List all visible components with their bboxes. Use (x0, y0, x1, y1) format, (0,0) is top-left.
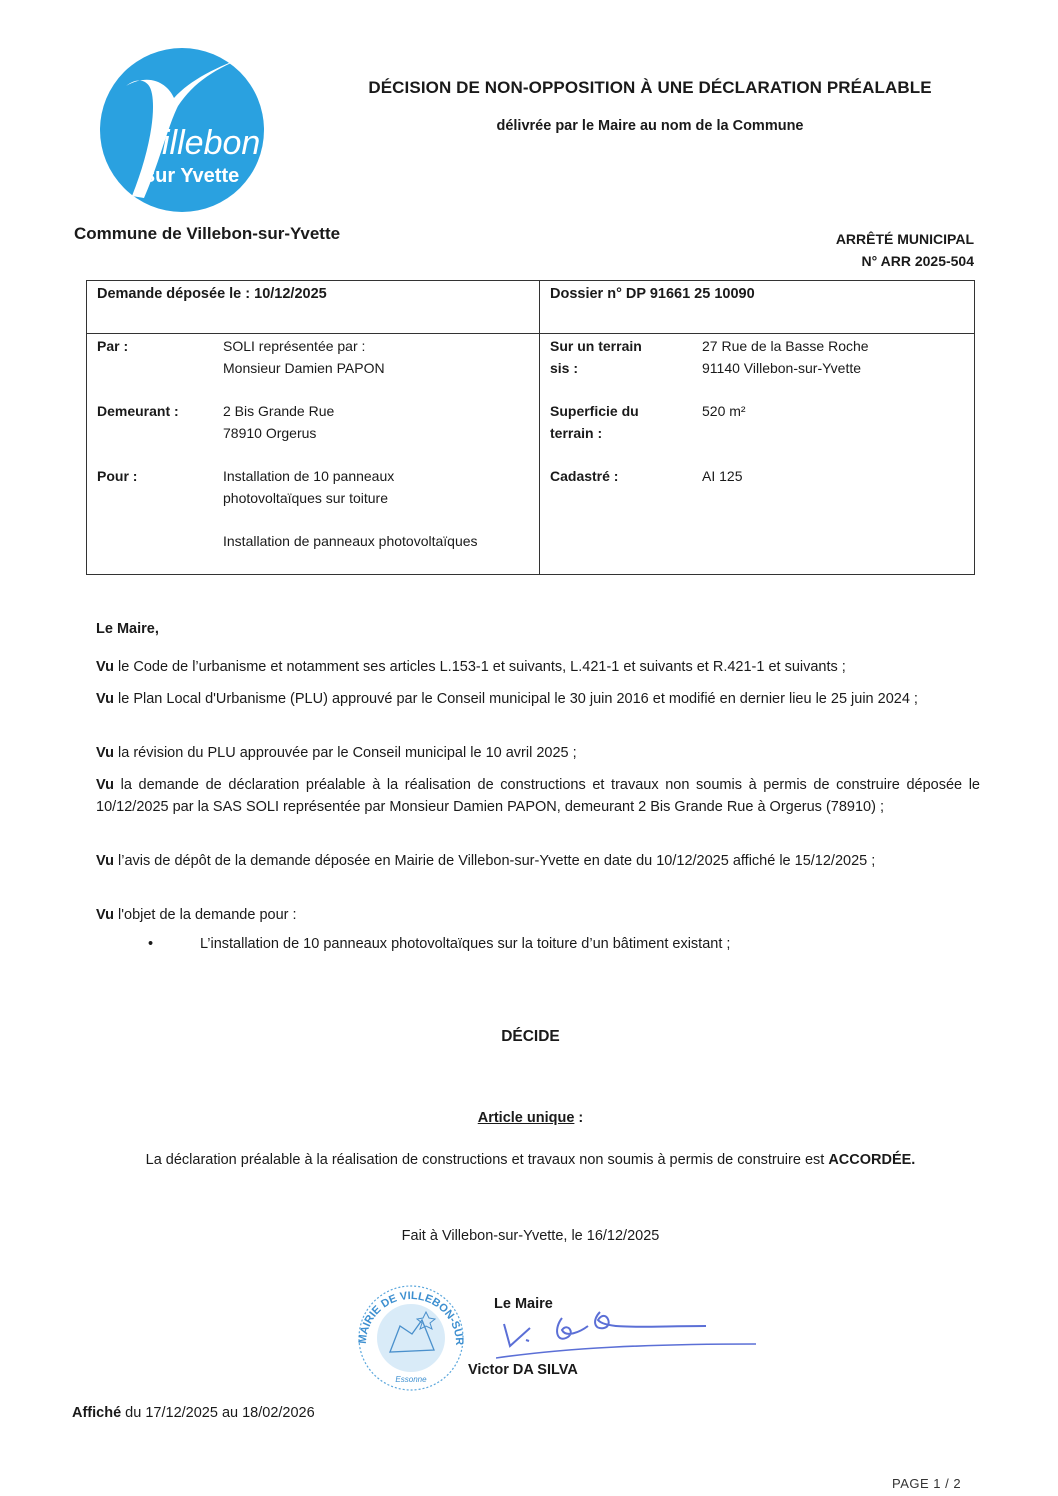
vu-prefix: Vu (96, 907, 114, 923)
field-label: Demeurant : (97, 400, 223, 444)
signatory-name: Victor DA SILVA (468, 1362, 578, 1378)
bullet-icon: • (148, 936, 153, 952)
affichage-dates: Affiché du 17/12/2025 au 18/02/2026 (72, 1405, 315, 1421)
document-title: DÉCISION DE NON-OPPOSITION À UNE DÉCLARA… (300, 78, 1000, 98)
arrete-number: N° ARR 2025-504 (790, 250, 974, 272)
field-value-line: photovoltaïques sur toiture (223, 487, 394, 509)
demande-date: Demande déposée le : 10/12/2025 (87, 281, 539, 307)
decision-result: ACCORDÉE. (828, 1152, 915, 1168)
field-value-line: Installation de panneaux photovoltaïques (223, 530, 478, 552)
field-value-line: Installation de 10 panneaux (223, 465, 394, 487)
vu-paragraph: Vu la demande de déclaration préalable à… (96, 774, 980, 818)
dossier-info-table: Demande déposée le : 10/12/2025 Dossier … (86, 280, 975, 575)
commune-name: Commune de Villebon-sur-Yvette (74, 224, 340, 244)
field-label-line: Cadastré : (550, 465, 702, 487)
field-value-line: 27 Rue de la Basse Roche (702, 335, 869, 357)
terrain-cadastre-row: Cadastré : AI 125 (540, 465, 974, 487)
vu-prefix: Vu (96, 777, 114, 793)
article-title: Article unique (478, 1110, 575, 1126)
stamp-bottom-text: Essonne (395, 1375, 427, 1384)
logo-sur-yvette-text: sur Yvette (144, 165, 239, 187)
vu-prefix: Vu (96, 745, 114, 761)
vu-text: le Code de l’urbanisme et notamment ses … (114, 659, 846, 675)
field-label: Pour : (97, 465, 223, 509)
field-label: Sur un terrain sis : (550, 335, 702, 379)
field-label (97, 530, 223, 552)
applicant-demeurant-row: Demeurant : 2 Bis Grande Rue 78910 Orger… (87, 400, 539, 444)
field-label: Cadastré : (550, 465, 702, 487)
field-value: 520 m² (702, 400, 746, 444)
affiche-prefix: Affiché (72, 1405, 121, 1421)
vu-text: l’avis de dépôt de la demande déposée en… (114, 853, 875, 869)
vu-prefix: Vu (96, 691, 114, 707)
logo-villebon-text: illebon (162, 124, 260, 162)
field-value: SOLI représentée par : Monsieur Damien P… (223, 335, 385, 379)
vu-text: l'objet de la demande pour : (114, 907, 297, 923)
vu-paragraph: Vu le Code de l’urbanisme et notamment s… (96, 656, 980, 678)
vu-paragraph: Vu la révision du PLU approuvée par le C… (96, 742, 980, 764)
vu-text: la demande de déclaration préalable à la… (96, 777, 980, 815)
terrain-cell: Sur un terrain sis : 27 Rue de la Basse … (540, 334, 975, 575)
bullet-item: L’installation de 10 panneaux photovolta… (200, 936, 730, 952)
article-colon: : (574, 1110, 583, 1126)
field-label-line: terrain : (550, 422, 702, 444)
page-number: PAGE 1 / 2 (892, 1476, 961, 1491)
vu-prefix: Vu (96, 659, 114, 675)
field-value-line: AI 125 (702, 465, 742, 487)
vu-paragraph: Vu l’avis de dépôt de la demande déposée… (96, 850, 980, 872)
field-value-line: 91140 Villebon-sur-Yvette (702, 357, 869, 379)
applicant-pour-row: Pour : Installation de 10 panneaux photo… (87, 465, 539, 509)
dossier-number: Dossier n° DP 91661 25 10090 (540, 281, 974, 307)
vu-prefix: Vu (96, 853, 114, 869)
affiche-period: du 17/12/2025 au 18/02/2026 (121, 1405, 315, 1421)
field-value: Installation de panneaux photovoltaïques (223, 530, 478, 552)
field-value-line: 520 m² (702, 400, 746, 422)
field-label-line: sis : (550, 357, 702, 379)
demande-date-cell: Demande déposée le : 10/12/2025 (87, 281, 540, 334)
intro-le-maire: Le Maire, (96, 618, 980, 640)
field-value: AI 125 (702, 465, 742, 487)
field-value-line: SOLI représentée par : (223, 335, 385, 357)
decide-heading: DÉCIDE (86, 1028, 975, 1046)
field-value-line: Monsieur Damien PAPON (223, 357, 385, 379)
signature-scribble (496, 1298, 766, 1368)
arrete-label: ARRÊTÉ MUNICIPAL (790, 228, 974, 250)
article-heading: Article unique : (86, 1110, 975, 1126)
terrain-address-row: Sur un terrain sis : 27 Rue de la Basse … (540, 335, 974, 379)
decision-sentence: La déclaration préalable à la réalisatio… (146, 1152, 829, 1168)
field-label: Superficie du terrain : (550, 400, 702, 444)
applicant-par-row: Par : SOLI représentée par : Monsieur Da… (87, 335, 539, 379)
vu-text: la révision du PLU approuvée par le Cons… (114, 745, 577, 761)
field-label: Par : (97, 335, 223, 379)
field-value: Installation de 10 panneaux photovoltaïq… (223, 465, 394, 509)
document-subtitle: délivrée par le Maire au nom de la Commu… (300, 118, 1000, 134)
dossier-number-cell: Dossier n° DP 91661 25 10090 (540, 281, 975, 334)
field-value: 27 Rue de la Basse Roche 91140 Villebon-… (702, 335, 869, 379)
arrete-block: ARRÊTÉ MUNICIPAL N° ARR 2025-504 (790, 228, 974, 272)
field-value-line: 2 Bis Grande Rue (223, 400, 334, 422)
applicant-cell: Par : SOLI représentée par : Monsieur Da… (87, 334, 540, 575)
decision-text: La déclaration préalable à la réalisatio… (86, 1152, 975, 1168)
terrain-superficie-row: Superficie du terrain : 520 m² (540, 400, 974, 444)
villebon-logo: illebon sur Yvette (98, 46, 266, 214)
place-date: Fait à Villebon-sur-Yvette, le 16/12/202… (86, 1228, 975, 1244)
field-label-line: Superficie du (550, 400, 702, 422)
vu-text: le Plan Local d'Urbanisme (PLU) approuvé… (114, 691, 918, 707)
vu-paragraph: Vu le Plan Local d'Urbanisme (PLU) appro… (96, 688, 980, 710)
field-value-line: 78910 Orgerus (223, 422, 334, 444)
field-label-line: Sur un terrain (550, 335, 702, 357)
applicant-pour-extra-row: Installation de panneaux photovoltaïques (87, 530, 539, 552)
field-value: 2 Bis Grande Rue 78910 Orgerus (223, 400, 334, 444)
vu-paragraph: Vu l'objet de la demande pour : (96, 904, 980, 926)
mairie-stamp: MAIRIE DE VILLEBON-SUR-YVETTE Essonne (352, 1282, 470, 1392)
